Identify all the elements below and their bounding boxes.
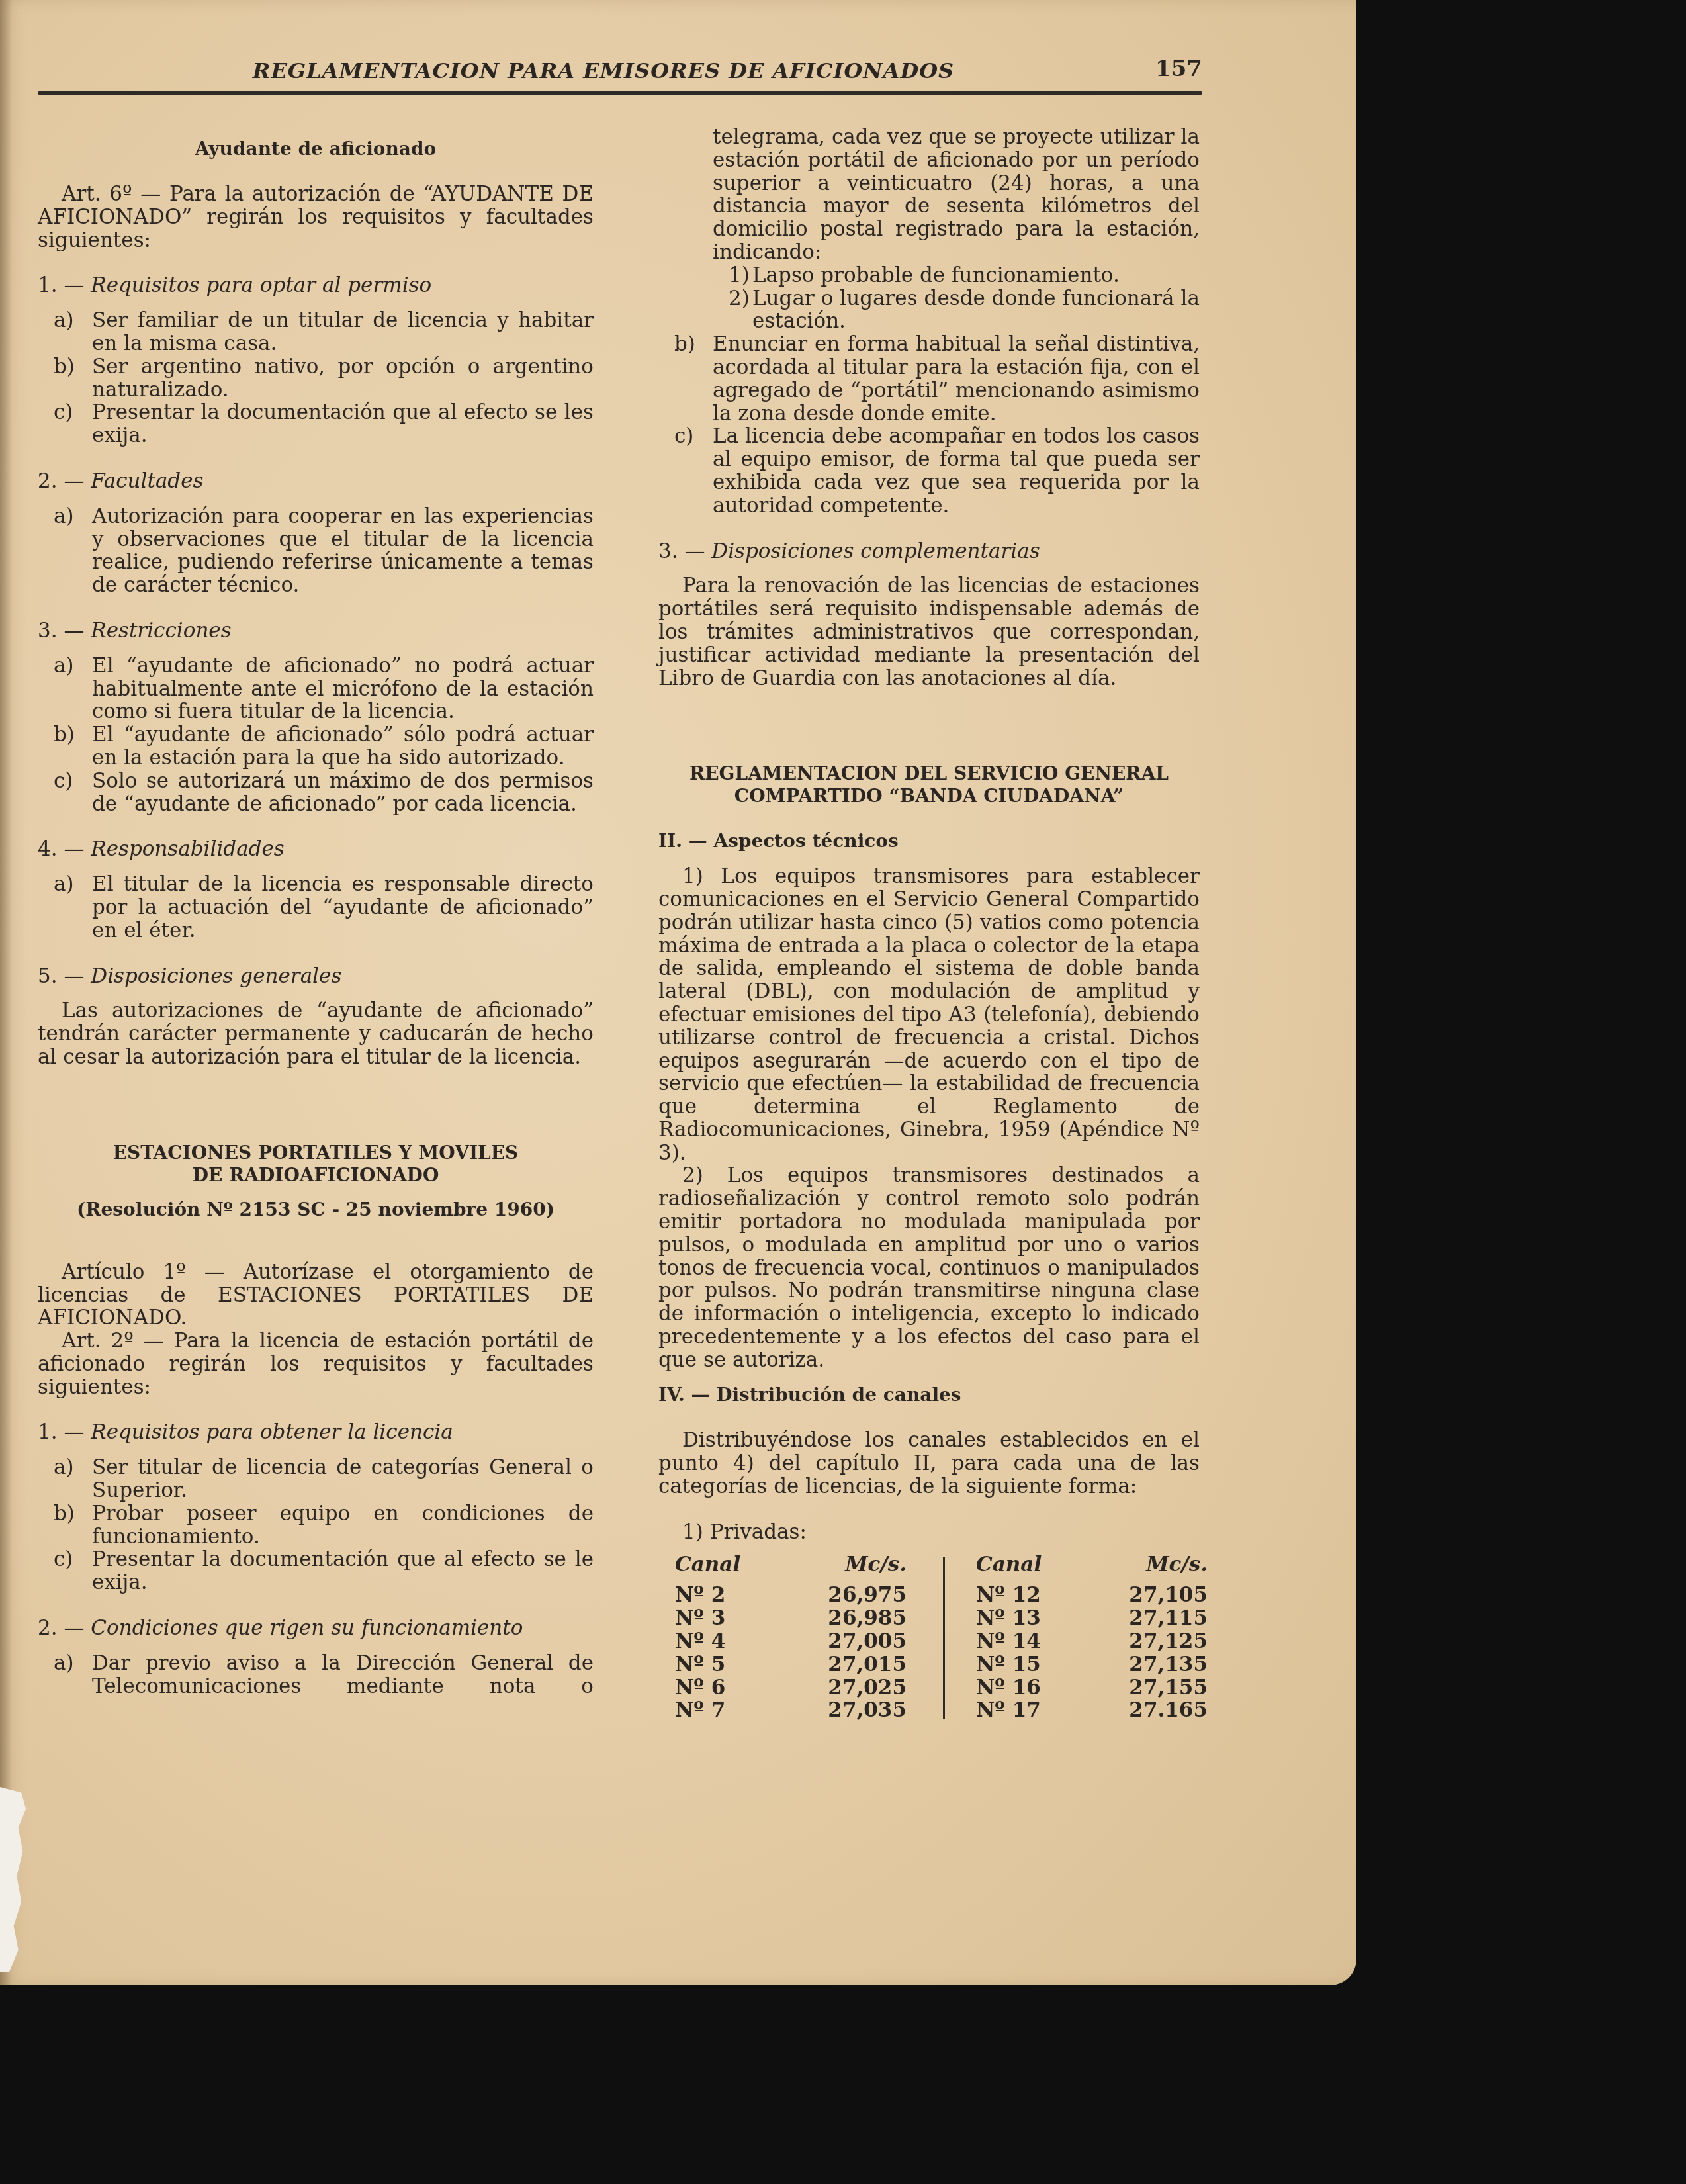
list-item: c)Presentar la documentación que al efec…: [38, 1548, 594, 1594]
section-heading-ayudante: Ayudante de aficionado: [38, 138, 594, 160]
canal-cell: Nº 14: [976, 1630, 1088, 1653]
paragraph: Distribuyéndose los canales establecidos…: [658, 1429, 1200, 1498]
item-text: Dar previo aviso a la Dirección General …: [92, 1652, 594, 1698]
list-item: c)Presentar la documentación que al efec…: [38, 401, 594, 447]
item-label: 2): [713, 287, 752, 334]
table-row: Nº 427,005: [675, 1630, 926, 1653]
list-item: b)Enunciar en forma habitual la señal di…: [658, 333, 1200, 425]
paragraph: Las autorizaciones de “ayudante de afici…: [38, 999, 594, 1068]
item-label: b): [658, 333, 713, 425]
paragraph: 2) Los equipos transmisores destinados a…: [658, 1164, 1200, 1371]
mcs-cell: 27,125: [1088, 1630, 1208, 1653]
table-row: Nº 1527,135: [976, 1653, 1227, 1676]
subsection-number: 2. —: [38, 1616, 84, 1640]
column-header-canal: Canal: [976, 1553, 1088, 1576]
list-item-continued: telegrama, cada vez que se proyecte util…: [658, 126, 1200, 333]
mcs-cell: 26,985: [787, 1607, 907, 1630]
mcs-cell: 26,975: [787, 1584, 907, 1607]
mcs-cell: 27,015: [787, 1653, 907, 1676]
chapter-heading-IV: IV. — Distribución de canales: [658, 1384, 1200, 1407]
canal-cell: Nº 17: [976, 1699, 1088, 1722]
item-label: c): [38, 1548, 92, 1594]
item-text: Presentar la documentación que al efecto…: [92, 401, 594, 447]
subsection-heading: 2. — Condiciones que rigen su funcionami…: [38, 1617, 594, 1640]
canal-cell: Nº 4: [675, 1630, 787, 1653]
item-label: a): [38, 873, 92, 942]
subsection-heading: 4. — Responsabilidades: [38, 838, 594, 861]
table-row: Nº 1227,105: [976, 1584, 1227, 1607]
mcs-cell: 27,005: [787, 1630, 907, 1653]
item-text: El “ayudante de aficionado” sólo podrá a…: [92, 723, 594, 770]
heading-line: DE RADIOAFICIONADO: [38, 1164, 594, 1187]
mcs-cell: 27.165: [1088, 1699, 1208, 1722]
paragraph: Para la renovación de las licencias de e…: [658, 574, 1200, 690]
item-label: b): [38, 723, 92, 770]
list-item: a)El “ayudante de aficionado” no podrá a…: [38, 655, 594, 723]
item-label: b): [38, 355, 92, 402]
column-header-mcs: Mc/s.: [787, 1553, 907, 1576]
sub-item: 2)Lugar o lugares desde donde funcionará…: [713, 287, 1200, 334]
running-header: REGLAMENTACION PARA EMISORES DE AFICIONA…: [38, 53, 1202, 99]
heading-line: COMPARTIDO “BANDA CIUDADANA”: [658, 785, 1200, 807]
item-label: c): [38, 401, 92, 447]
item-text: Presentar la documentación que al efecto…: [92, 1548, 594, 1594]
table-header: CanalMc/s.: [976, 1553, 1227, 1576]
mcs-cell: 27,105: [1088, 1584, 1208, 1607]
page-number: 157: [1155, 56, 1202, 82]
list-item: c)Solo se autorizará un máximo de dos pe…: [38, 770, 594, 816]
subsection-number: 3. —: [38, 619, 84, 643]
canal-cell: Nº 13: [976, 1607, 1088, 1630]
subsection-title: Disposiciones generales: [91, 964, 341, 988]
subsection-number: 4. —: [38, 837, 84, 861]
subsection-number: 1. —: [38, 273, 84, 297]
subsection-heading: 3. — Restricciones: [38, 619, 594, 643]
item-text: El titular de la licencia es responsable…: [92, 873, 594, 942]
header-rule: [38, 91, 1202, 95]
column-header-mcs: Mc/s.: [1088, 1553, 1208, 1576]
table-row: Nº 727,035: [675, 1699, 926, 1722]
item-label: c): [658, 425, 713, 517]
table-row: Nº 1627,155: [976, 1676, 1227, 1700]
section-heading-banda-ciudadana: REGLAMENTACION DEL SERVICIO GENERAL COMP…: [658, 762, 1200, 807]
subsection-heading: 2. — Facultades: [38, 470, 594, 493]
subsection-number: 5. —: [38, 964, 84, 988]
article-2: Art. 2º — Para la licencia de estación p…: [38, 1330, 594, 1398]
canal-cell: Nº 2: [675, 1584, 787, 1607]
mcs-cell: 27,035: [787, 1699, 907, 1722]
item-label: a): [38, 1456, 92, 1502]
item-text: La licencia debe acompañar en todos los …: [713, 425, 1200, 517]
table-row: Nº 627,025: [675, 1676, 926, 1700]
item-text: Ser argentino nativo, por opción o argen…: [92, 355, 594, 402]
item-text: Solo se autorizará un máximo de dos perm…: [92, 770, 594, 816]
table-header: CanalMc/s.: [675, 1553, 926, 1576]
section-heading-estaciones: ESTACIONES PORTATILES Y MOVILES DE RADIO…: [38, 1142, 594, 1187]
item-label: a): [38, 505, 92, 597]
subsection-number: 2. —: [38, 469, 84, 493]
table-row: Nº 1327,115: [976, 1607, 1227, 1630]
list-item: a)Dar previo aviso a la Dirección Genera…: [38, 1652, 594, 1698]
subsection-heading: 1. — Requisitos para optar al permiso: [38, 274, 594, 297]
left-column: Ayudante de aficionado Art. 6º — Para la…: [38, 126, 594, 1698]
subsection-title: Disposiciones complementarias: [711, 539, 1040, 563]
canal-cell: Nº 7: [675, 1699, 787, 1722]
subsection-title: Condiciones que rigen su funcionamiento: [91, 1616, 523, 1640]
sub-item: 1)Lapso probable de funcionamiento.: [713, 264, 1200, 287]
item-text: Ser familiar de un titular de licencia y…: [92, 309, 594, 355]
table-row: Nº 1727.165: [976, 1699, 1227, 1722]
table-row: Nº 326,985: [675, 1607, 926, 1630]
canal-cell: Nº 3: [675, 1607, 787, 1630]
heading-line: REGLAMENTACION DEL SERVICIO GENERAL: [658, 762, 1200, 785]
subsection-title: Requisitos para optar al permiso: [91, 273, 431, 297]
channel-table: CanalMc/s. Nº 226,975 Nº 326,985 Nº 427,…: [658, 1553, 1200, 1725]
item-label: b): [38, 1502, 92, 1549]
right-column: telegrama, cada vez que se proyecte util…: [658, 126, 1200, 1725]
item-label: a): [38, 655, 92, 723]
list-item: a)Ser familiar de un titular de licencia…: [38, 309, 594, 355]
paragraph: 1) Los equipos transmisores para estable…: [658, 865, 1200, 1164]
list-item: b)Probar poseer equipo en condiciones de…: [38, 1502, 594, 1549]
article-1: Artículo 1º — Autorízase el otorgamiento…: [38, 1261, 594, 1330]
channel-table-right: CanalMc/s. Nº 1227,105 Nº 1327,115 Nº 14…: [976, 1553, 1227, 1723]
subsection-title: Responsabilidades: [91, 837, 284, 861]
channel-table-left: CanalMc/s. Nº 226,975 Nº 326,985 Nº 427,…: [675, 1553, 926, 1723]
item-text: Ser titular de licencia de categorías Ge…: [92, 1456, 594, 1502]
subsection-heading: 1. — Requisitos para obtener la licencia: [38, 1421, 594, 1444]
item-text: Enunciar en forma habitual la señal dist…: [713, 333, 1200, 425]
heading-line: ESTACIONES PORTATILES Y MOVILES: [38, 1142, 594, 1164]
list-item: a)Ser titular de licencia de categorías …: [38, 1456, 594, 1502]
table-row: Nº 226,975: [675, 1584, 926, 1607]
list-item: c)La licencia debe acompañar en todos lo…: [658, 425, 1200, 517]
item-text: Lugar o lugares desde donde funcionará l…: [752, 287, 1200, 334]
item-text: Probar poseer equipo en condiciones de f…: [92, 1502, 594, 1549]
item-text: Autorización para cooperar en las experi…: [92, 505, 594, 597]
table-row: Nº 1427,125: [976, 1630, 1227, 1653]
chapter-heading-II: II. — Aspectos técnicos: [658, 830, 1200, 853]
subsection-title: Requisitos para obtener la licencia: [91, 1420, 453, 1444]
list-item: b)Ser argentino nativo, por opción o arg…: [38, 355, 594, 402]
canal-cell: Nº 16: [976, 1676, 1088, 1700]
canal-cell: Nº 6: [675, 1676, 787, 1700]
subsection-number: 3. —: [658, 539, 705, 563]
subsection-title: Restricciones: [91, 619, 231, 643]
subsection-number: 1. —: [38, 1420, 84, 1444]
column-header-canal: Canal: [675, 1553, 787, 1576]
list-item: b)El “ayudante de aficionado” sólo podrá…: [38, 723, 594, 770]
list-item: a)El titular de la licencia es responsab…: [38, 873, 594, 942]
mcs-cell: 27,025: [787, 1676, 907, 1700]
mcs-cell: 27,155: [1088, 1676, 1208, 1700]
continued-text: telegrama, cada vez que se proyecte util…: [713, 126, 1200, 264]
subsection-title: Facultades: [91, 469, 203, 493]
subsection-heading: 3. — Disposiciones complementarias: [658, 540, 1200, 563]
resolution-reference: (Resolución Nº 2153 SC - 25 noviembre 19…: [38, 1199, 594, 1221]
subsection-heading: 5. — Disposiciones generales: [38, 965, 594, 988]
canal-cell: Nº 5: [675, 1653, 787, 1676]
list-item: a)Autorización para cooperar en las expe…: [38, 505, 594, 597]
category-label: 1) Privadas:: [658, 1521, 1200, 1544]
table-divider: [943, 1557, 945, 1719]
item-label: c): [38, 770, 92, 816]
item-label: a): [38, 309, 92, 355]
item-label: a): [38, 1652, 92, 1698]
item-text: El “ayudante de aficionado” no podrá act…: [92, 655, 594, 723]
article-6: Art. 6º — Para la autorización de “AYUDA…: [38, 183, 594, 251]
canal-cell: Nº 12: [976, 1584, 1088, 1607]
item-label: 1): [713, 264, 752, 287]
page-gutter-shadow: [0, 0, 12, 1985]
table-row: Nº 527,015: [675, 1653, 926, 1676]
item-text: Lapso probable de funcionamiento.: [752, 264, 1200, 287]
mcs-cell: 27,115: [1088, 1607, 1208, 1630]
canal-cell: Nº 15: [976, 1653, 1088, 1676]
mcs-cell: 27,135: [1088, 1653, 1208, 1676]
running-header-title: REGLAMENTACION PARA EMISORES DE AFICIONA…: [38, 58, 1169, 83]
